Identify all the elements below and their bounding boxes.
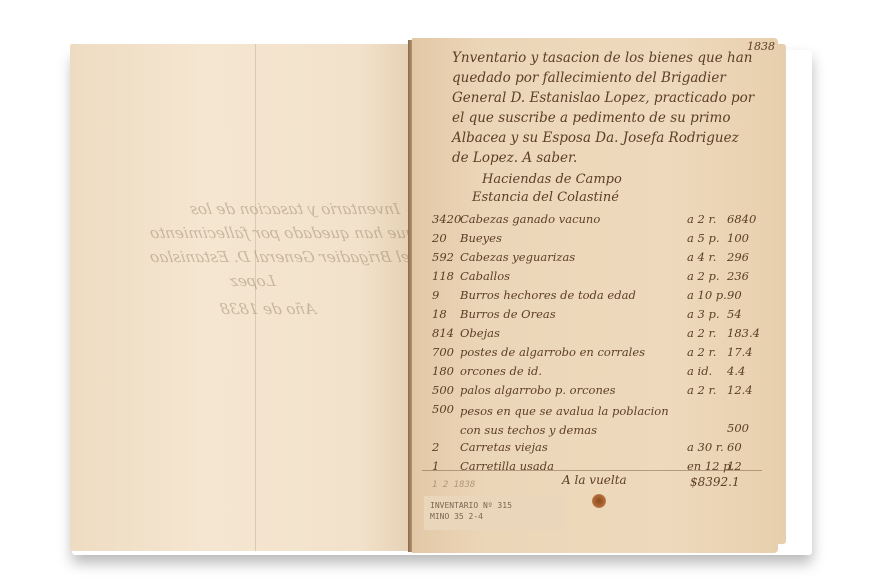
heading-line: General D. Estanislao Lopez, practicado … <box>452 88 754 108</box>
inventory-row: 2Carretas viejasa 30 r.60 <box>432 440 757 459</box>
inventory-row: 3420Cabezas ganado vacunoa 2 r.6840 <box>432 212 757 231</box>
inventory-row: 118Caballosa 2 p.236 <box>432 269 757 288</box>
inventory-row: 700postes de algarrobo en corralesa 2 r.… <box>432 345 757 364</box>
archive-label: INVENTARIO Nº 315 MINO 35 2-4 <box>424 496 564 530</box>
inventory-row: 20Bueyesa 5 p.100 <box>432 231 757 250</box>
heading-line: quedado por fallecimiento del Brigadier <box>452 68 754 88</box>
carry-forward-total: $8392.1 <box>690 475 740 489</box>
left-page: Inventario y tasacion de los bienes que … <box>70 44 410 551</box>
heading-line: Albacea y su Esposa Da. Josefa Rodriguez <box>452 128 754 148</box>
inventory-row: 9Burros hechores de toda edada 10 p.90 <box>432 288 757 307</box>
heading-line: el que suscribe a pedimento de su primo <box>452 108 754 128</box>
right-page: 1838 Ynventario y tasacion de los bienes… <box>412 38 778 553</box>
carry-forward-label: A la vuelta <box>562 473 627 487</box>
heading-line: Ynventario y tasacion de los bienes que … <box>452 48 754 68</box>
page-edge <box>778 44 786 544</box>
ink-stain <box>592 494 606 508</box>
inventory-row: 592Cabezas yeguarizasa 4 r.296 <box>432 250 757 269</box>
faint-stamp: 1 2 1838 <box>432 480 475 490</box>
heading-line: de Lopez. A saber. <box>452 148 754 168</box>
sum-line <box>422 470 762 471</box>
inventory-row: 18Burros de Oreasa 3 p.54 <box>432 307 757 326</box>
document-heading: Ynventario y tasacion de los bienes que … <box>452 48 754 168</box>
section-title: Haciendas de Campo <box>482 172 622 187</box>
left-page-fold <box>255 44 256 551</box>
bleed-through-line: Lopez <box>228 272 277 290</box>
bleed-through-line: del Brigadier General D. Estanislao <box>148 248 421 266</box>
subsection-title: Estancia del Colastiné <box>472 190 619 205</box>
bleed-through-line: Inventario y tasacion de los <box>188 200 401 218</box>
archive-label-line: INVENTARIO Nº 315 <box>430 500 558 511</box>
bleed-through-line: Año de 1838 <box>218 300 317 318</box>
archive-label-line: MINO 35 2-4 <box>430 511 558 522</box>
inventory-row: 814Obejasa 2 r.183.4 <box>432 326 757 345</box>
inventory-row: 180orcones de id.a id.4.4 <box>432 364 757 383</box>
inventory-row: 500palos algarrobo p. orconesa 2 r.12.4 <box>432 383 757 402</box>
inventory-row: 500pesos en que se avalua la poblacion c… <box>432 402 757 440</box>
